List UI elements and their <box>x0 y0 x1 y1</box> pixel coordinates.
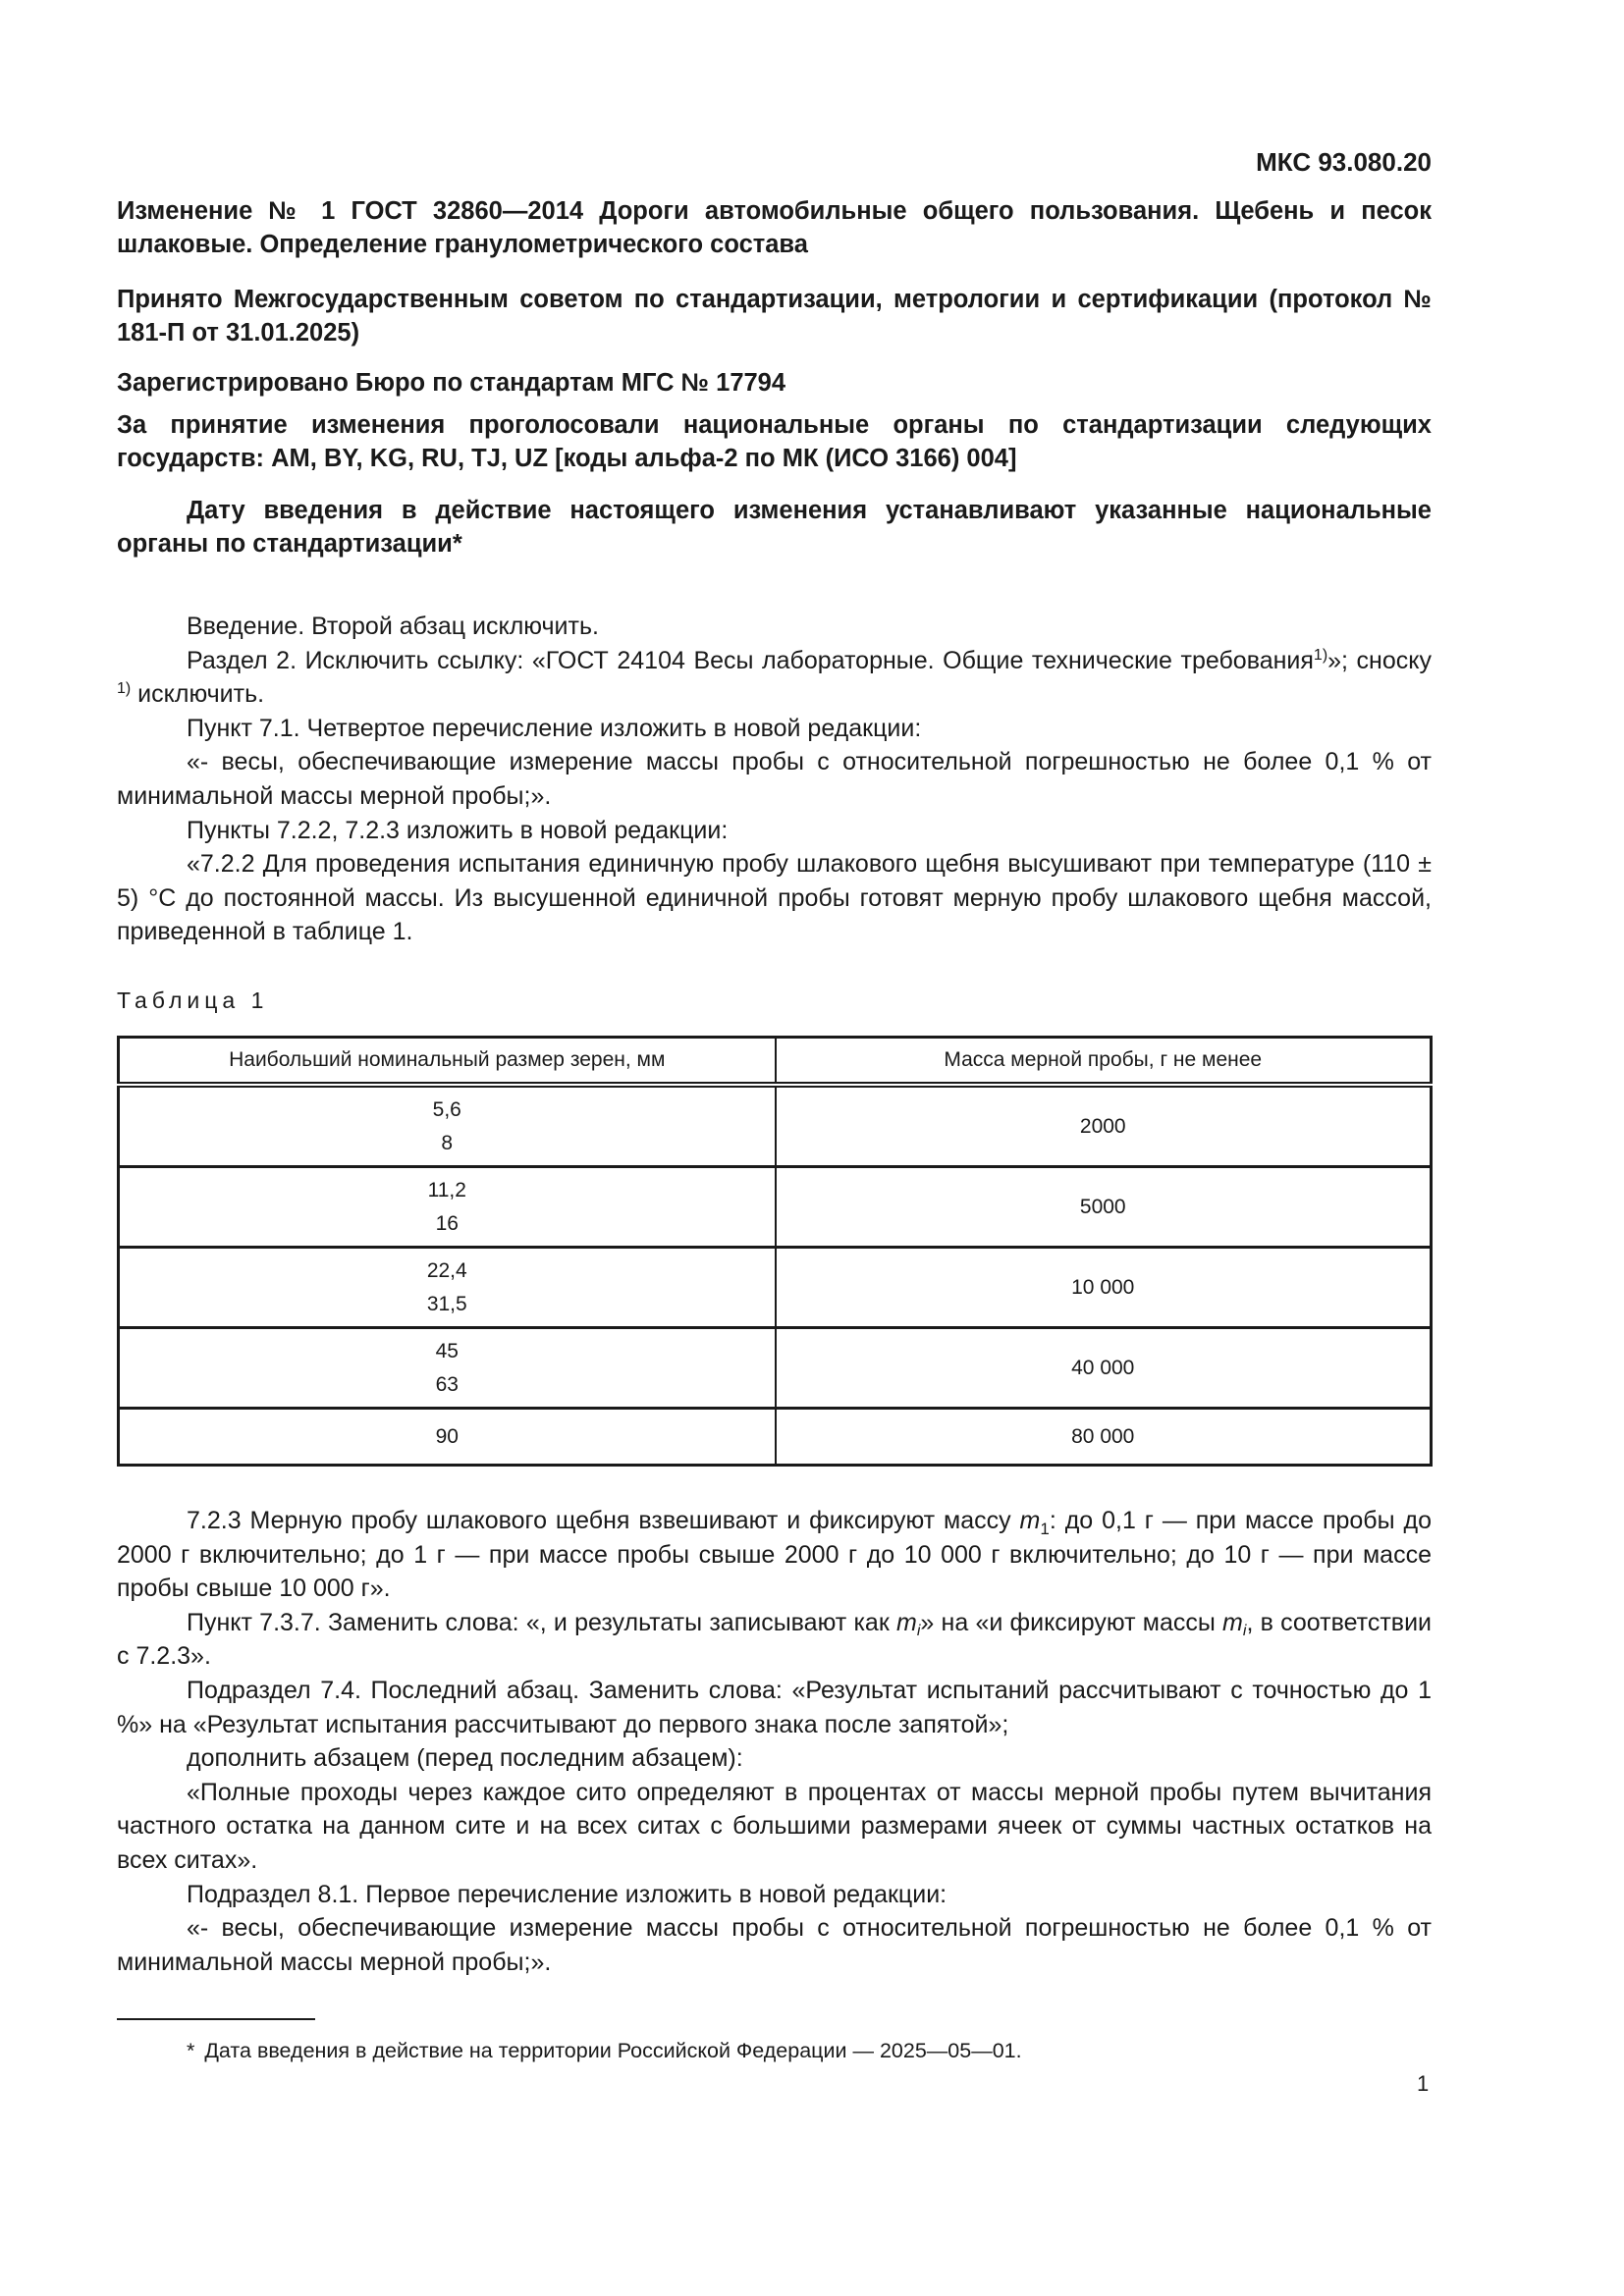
sample-mass-cell: 40 000 <box>776 1328 1432 1409</box>
paragraph: Подраздел 8.1. Первое перечисление излож… <box>117 1878 1432 1912</box>
grain-size-value: 45 <box>120 1335 775 1368</box>
table-header: Масса мерной пробы, г не менее <box>776 1038 1432 1086</box>
paragraph: дополнить абзацем (перед последним абзац… <box>117 1741 1432 1776</box>
registration: Зарегистрировано Бюро по стандартам МГС … <box>117 366 1432 400</box>
sample-mass-cell: 80 000 <box>776 1409 1432 1466</box>
footnote-separator <box>117 2018 315 2020</box>
text: 7.2.3 Мерную пробу шлакового щебня взвеш… <box>187 1507 1020 1534</box>
paragraph: 7.2.3 Мерную пробу шлакового щебня взвеш… <box>117 1504 1432 1606</box>
grain-size-value: 16 <box>120 1207 775 1241</box>
grain-size-value: 22,4 <box>120 1255 775 1288</box>
grain-size-cell: 11,216 <box>119 1167 776 1248</box>
table-row: 22,431,510 000 <box>119 1248 1432 1328</box>
footnote-text: Дата введения в действие на территории Р… <box>204 2039 1021 2062</box>
page-number: 1 <box>1417 2071 1429 2097</box>
footnote: *Дата введения в действие на территории … <box>187 2037 1022 2064</box>
grain-size-value: 5,6 <box>120 1094 775 1127</box>
paragraph: Пункт 7.1. Четвертое перечисление изложи… <box>117 712 1432 746</box>
amendment-title: Изменение № 1 ГОСТ 32860—2014 Дороги авт… <box>117 194 1432 261</box>
sample-mass-cell: 10 000 <box>776 1248 1432 1328</box>
footnote-marker: * <box>187 2039 194 2062</box>
footnote-ref: 1) <box>117 680 131 697</box>
document-page: МКС 93.080.20 Изменение № 1 ГОСТ 32860—2… <box>0 0 1624 2296</box>
grain-size-value: 11,2 <box>120 1174 775 1207</box>
classification-code: МКС 93.080.20 <box>1256 147 1432 177</box>
sample-mass-cell: 5000 <box>776 1167 1432 1248</box>
math-symbol: m <box>896 1609 917 1636</box>
paragraph: «Полные проходы через каждое сито опреде… <box>117 1776 1432 1878</box>
grain-size-cell: 90 <box>119 1409 776 1466</box>
footnote-ref: 1) <box>1314 647 1327 664</box>
accepted-by: Принято Межгосударственным советом по ст… <box>117 283 1432 349</box>
table-row: 5,682000 <box>119 1085 1432 1167</box>
paragraph: Введение. Второй абзац исключить. <box>117 610 1432 644</box>
table-caption: Таблица 1 <box>117 988 268 1014</box>
table-row: 456340 000 <box>119 1328 1432 1409</box>
grain-size-value: 63 <box>120 1368 775 1402</box>
table-row: 9080 000 <box>119 1409 1432 1466</box>
table-row: 11,2165000 <box>119 1167 1432 1248</box>
paragraph: «- весы, обеспечивающие измерение массы … <box>117 745 1432 813</box>
grain-size-value: 31,5 <box>120 1288 775 1321</box>
paragraph: Пункт 7.3.7. Заменить слова: «, и резуль… <box>117 1606 1432 1674</box>
grain-size-value: 90 <box>120 1420 775 1454</box>
sample-mass-table: Наибольший номинальный размер зерен, мм … <box>117 1036 1433 1467</box>
math-symbol: m <box>1222 1609 1243 1636</box>
text: Раздел 2. Исключить ссылку: «ГОСТ 24104 … <box>187 647 1314 674</box>
text: Пункт 7.3.7. Заменить слова: «, и резуль… <box>187 1609 896 1636</box>
grain-size-value: 8 <box>120 1127 775 1160</box>
sample-mass-cell: 2000 <box>776 1085 1432 1167</box>
grain-size-cell: 5,68 <box>119 1085 776 1167</box>
text: » на «и фиксируют массы <box>920 1609 1222 1636</box>
grain-size-cell: 4563 <box>119 1328 776 1409</box>
paragraph: «- весы, обеспечивающие измерение массы … <box>117 1911 1432 1979</box>
text: исключить. <box>131 680 264 708</box>
paragraph: Пункты 7.2.2, 7.2.3 изложить в новой ред… <box>117 814 1432 848</box>
paragraph: «7.2.2 Для проведения испытания единичну… <box>117 847 1432 949</box>
effective-date-note: Дату введения в действие настоящего изме… <box>117 494 1432 561</box>
table-header: Наибольший номинальный размер зерен, мм <box>119 1038 776 1086</box>
voting-countries: За принятие изменения проголосовали наци… <box>117 408 1432 475</box>
paragraph: Раздел 2. Исключить ссылку: «ГОСТ 24104 … <box>117 644 1432 712</box>
text: »; сноску <box>1327 647 1432 674</box>
paragraph: Подраздел 7.4. Последний абзац. Заменить… <box>117 1674 1432 1741</box>
math-subscript: 1 <box>1040 1520 1049 1538</box>
math-symbol: m <box>1020 1507 1041 1534</box>
amendment-body-part1: Введение. Второй абзац исключить. Раздел… <box>117 610 1432 949</box>
amendment-body-part2: 7.2.3 Мерную пробу шлакового щебня взвеш… <box>117 1504 1432 1979</box>
grain-size-cell: 22,431,5 <box>119 1248 776 1328</box>
